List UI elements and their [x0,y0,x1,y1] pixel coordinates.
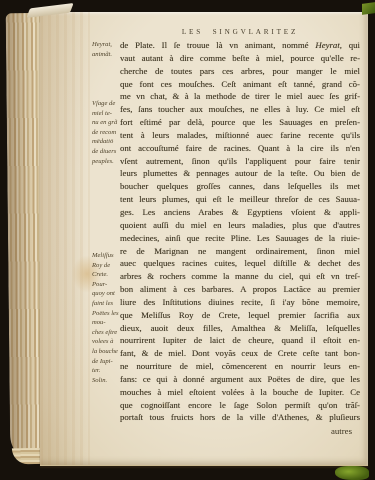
margin-note-line: faint les [92,299,118,309]
margin-note-line: mēdatiō [92,137,118,147]
book-page: LES SINGVLARITEZ Heyrat,animãt.Vſage dem… [40,12,368,465]
margin-note-line: la bouche [92,347,118,357]
margin-note-line: Heyrat, [92,40,118,50]
margin-note-line: miel te- [92,109,118,119]
margin-notes: Heyrat,animãt.Vſage demiel te-nu en grãd… [92,12,118,465]
text-line: dieux, auoit deux filles, Amalthea & Mel… [120,322,360,335]
margin-note-line: quoy ont [92,289,118,299]
text-line: auec quelques racines cuites, lequel diſ… [120,257,360,270]
margin-note-line: peuples. [92,157,118,167]
margin-note-line: Vſage de [92,99,118,109]
text-line: que font ces mouſches. Ceſt animant eſt … [120,78,360,91]
running-header: LES SINGVLARITEZ [120,28,360,36]
text-line: tent leurs plumes, qui eſt le meilleur t… [120,193,360,206]
text-line: boucher quelques groſſes cannes, dans le… [120,180,360,193]
margin-note-line: de Iupi- [92,357,118,367]
margin-note-line: Crete. [92,270,118,280]
text-line: bon aliment à ces barbares. A propos Lac… [120,283,360,296]
text-line: ne nourriture de miel, cõmencerent en no… [120,360,360,373]
text-line: liure des Inſtitutions diuines recite, ſ… [120,296,360,309]
margin-note: Vſage demiel te-nu en grãde recommēdatiō… [92,99,118,166]
text-line: arbres & rochers comme la manne du ciel,… [120,270,360,283]
text-line: mouches à miel eſtoient volées à la bouc… [120,386,360,399]
margin-note-line: Solin. [92,376,118,386]
margin-note-line: mou- [92,318,118,328]
cover-corner-top-right [362,2,375,15]
text-line: cherche de toutes pars ces arbres, pour … [120,65,360,78]
text-line: leurs plumettes & pennages autour de la … [120,167,360,180]
margin-note: MeliſſusRoy deCrete.Pour-quoy ontfaint l… [92,251,118,385]
text-line: nourrirent Iupiter de laict de cheure, q… [120,334,360,347]
text-line: re de Marignan ne mangent ordinairement,… [120,245,360,258]
text-line: medecines, ainſi que recite Pline. Les S… [120,232,360,245]
text-line: ont accouſtumé faire de racines. Quant à… [120,142,360,155]
margin-note-line: nu en grã [92,118,118,128]
text-line: fans: ce qui à donné argument aux Poëtes… [120,373,360,386]
text-line: vſent autrement, ſinon qu'ils l'applique… [120,155,360,168]
text-line: tent à leurs malades, miſtionné auec far… [120,129,360,142]
text-line: ges. Les anciens Arabes & Egyptiens vſoi… [120,206,360,219]
margin-note-line: ter. [92,366,118,376]
text-line: de Plate. Il ſe trouue là vn animant, no… [120,39,360,52]
text-line: fort eſtimé par delà, pource que les Sau… [120,116,360,129]
text-line: que Meliſſus Roy de Crete, lequel premie… [120,309,360,322]
margin-note-line: de diuers [92,147,118,157]
text-line: fant, & de miel. Dont voyãs ceux de Cret… [120,347,360,360]
text-line: me vn chat, & à la methode de tirer le m… [120,90,360,103]
page-corner-fold [26,3,73,18]
text-line: fes, ſans toucher aux mouſches, ne elles… [120,103,360,116]
margin-note-line: Roy de [92,261,118,271]
margin-note-line: ches eſtre [92,328,118,338]
catchword: autres [120,426,352,436]
text-line: vaut autant à dire comme beſte à miel, p… [120,52,360,65]
margin-note-line: de recom [92,128,118,138]
margin-note-line: animãt. [92,50,118,60]
margin-note-line: Poëtes les [92,309,118,319]
margin-note-line: Meliſſus [92,251,118,261]
margin-note-line: volees à [92,337,118,347]
cover-corner-bottom-right [335,466,369,480]
main-text-block: de Plate. Il ſe trouue là vn animant, no… [120,39,360,424]
text-line: portaſt tous fruicts hors de la ville d'… [120,411,360,424]
margin-note: Heyrat,animãt. [92,40,118,59]
text-line: quoient auſſi du miel en leurs maladies,… [120,219,360,232]
book-scan: LES SINGVLARITEZ Heyrat,animãt.Vſage dem… [0,0,375,480]
margin-note-line: Pour- [92,280,118,290]
text-line: que cognoiſſant encore le ſage Solon per… [120,399,360,412]
